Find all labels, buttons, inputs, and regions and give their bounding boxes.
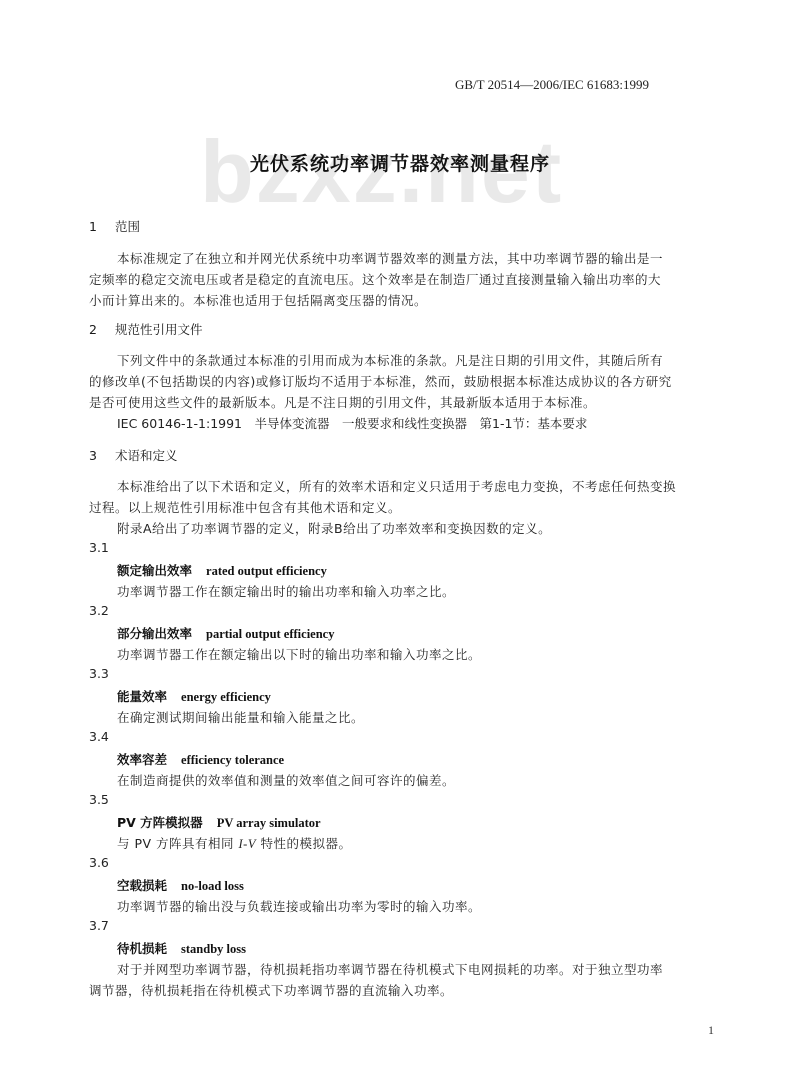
- term-heading: 部分输出效率partial output efficiency: [117, 624, 334, 642]
- term-definition: 在确定测试期间输出能量和输入能量之比。: [117, 708, 364, 726]
- paragraph-line: 过程。以上规范性引用标准中包含有其他术语和定义。: [89, 498, 401, 516]
- section-title: 规范性引用文件: [115, 322, 203, 337]
- term-number: 3.1: [89, 540, 109, 555]
- term-number: 3.2: [89, 603, 109, 618]
- term-number: 3.3: [89, 666, 109, 681]
- section-number: 1: [89, 219, 115, 234]
- term-definition: 功率调节器的输出没与负载连接或输出功率为零时的输入功率。: [117, 897, 481, 915]
- term-definition: 功率调节器工作在额定输出时的输出功率和输入功率之比。: [117, 582, 455, 600]
- term-definition: 在制造商提供的效率值和测量的效率值之间可容许的偏差。: [117, 771, 455, 789]
- paragraph-line: 定频率的稳定交流电压或者是稳定的直流电压。这个效率是在制造厂通过直接测量输入输出…: [89, 270, 661, 288]
- term-zh: 额定输出效率: [117, 563, 192, 578]
- section-heading-3: 3术语和定义: [89, 446, 178, 464]
- term-definition: 功率调节器工作在额定输出以下时的输出功率和输入功率之比。: [117, 645, 481, 663]
- term-en: no-load loss: [181, 879, 244, 893]
- section-number: 3: [89, 448, 115, 463]
- term-zh: 效率容差: [117, 752, 167, 767]
- term-number: 3.4: [89, 729, 109, 744]
- paragraph-line: 本标准给出了以下术语和定义，所有的效率术语和定义只适用于考虑电力变换，不考虑任何…: [117, 477, 676, 495]
- section-heading-2: 2规范性引用文件: [89, 320, 203, 338]
- paragraph-line: 的修改单(不包括勘误的内容)或修订版均不适用于本标准，然而，鼓励根据本标准达成协…: [89, 372, 672, 390]
- document-title: 光伏系统功率调节器效率测量程序: [0, 149, 800, 176]
- paragraph-line: 下列文件中的条款通过本标准的引用而成为本标准的条款。凡是注日期的引用文件，其随后…: [117, 351, 663, 369]
- term-definition: 调节器，待机损耗指在待机模式下功率调节器的直流输入功率。: [89, 981, 453, 999]
- term-number: 3.5: [89, 792, 109, 807]
- term-en: efficiency tolerance: [181, 753, 284, 767]
- term-heading: 效率容差efficiency tolerance: [117, 750, 284, 768]
- term-en: energy efficiency: [181, 690, 271, 704]
- section-title: 范围: [115, 219, 140, 234]
- page-number: 1: [708, 1023, 714, 1038]
- term-definition: 对于并网型功率调节器，待机损耗指功率调节器在待机模式下电网损耗的功率。对于独立型…: [117, 960, 663, 978]
- term-zh: PV 方阵模拟器: [117, 815, 203, 830]
- term-en: rated output efficiency: [206, 564, 327, 578]
- normative-reference: IEC 60146-1-1:1991 半导体变流器 一般要求和线性变换器 第1-…: [117, 414, 587, 432]
- term-zh: 部分输出效率: [117, 626, 192, 641]
- paragraph-line: 本标准规定了在独立和并网光伏系统中功率调节器效率的测量方法，其中功率调节器的输出…: [117, 249, 663, 267]
- term-number: 3.6: [89, 855, 109, 870]
- term-heading: 待机损耗standby loss: [117, 939, 246, 957]
- section-heading-1: 1范围: [89, 217, 140, 235]
- section-title: 术语和定义: [115, 448, 178, 463]
- paragraph-line: 附录A给出了功率调节器的定义，附录B给出了功率效率和变换因数的定义。: [117, 519, 551, 537]
- term-heading: 空载损耗no-load loss: [117, 876, 244, 894]
- term-zh: 空载损耗: [117, 878, 167, 893]
- term-zh: 能量效率: [117, 689, 167, 704]
- iv-symbol: I-V: [239, 837, 256, 851]
- paragraph-line: 是否可使用这些文件的最新版本。凡是不注日期的引用文件，其最新版本适用于本标准。: [89, 393, 596, 411]
- term-en: standby loss: [181, 942, 246, 956]
- term-en: partial output efficiency: [206, 627, 334, 641]
- definition-text: 特性的模拟器。: [256, 836, 351, 851]
- term-en: PV array simulator: [217, 816, 321, 830]
- term-heading: 额定输出效率rated output efficiency: [117, 561, 327, 579]
- term-number: 3.7: [89, 918, 109, 933]
- term-heading: 能量效率energy efficiency: [117, 687, 271, 705]
- section-number: 2: [89, 322, 115, 337]
- definition-text: 与 PV 方阵具有相同: [117, 836, 239, 851]
- paragraph-line: 小而计算出来的。本标准也适用于包括隔离变压器的情况。: [89, 291, 427, 309]
- term-heading: PV 方阵模拟器PV array simulator: [117, 813, 321, 831]
- term-zh: 待机损耗: [117, 941, 167, 956]
- term-definition: 与 PV 方阵具有相同 I-V 特性的模拟器。: [117, 834, 351, 852]
- standard-code: GB/T 20514—2006/IEC 61683:1999: [455, 77, 649, 93]
